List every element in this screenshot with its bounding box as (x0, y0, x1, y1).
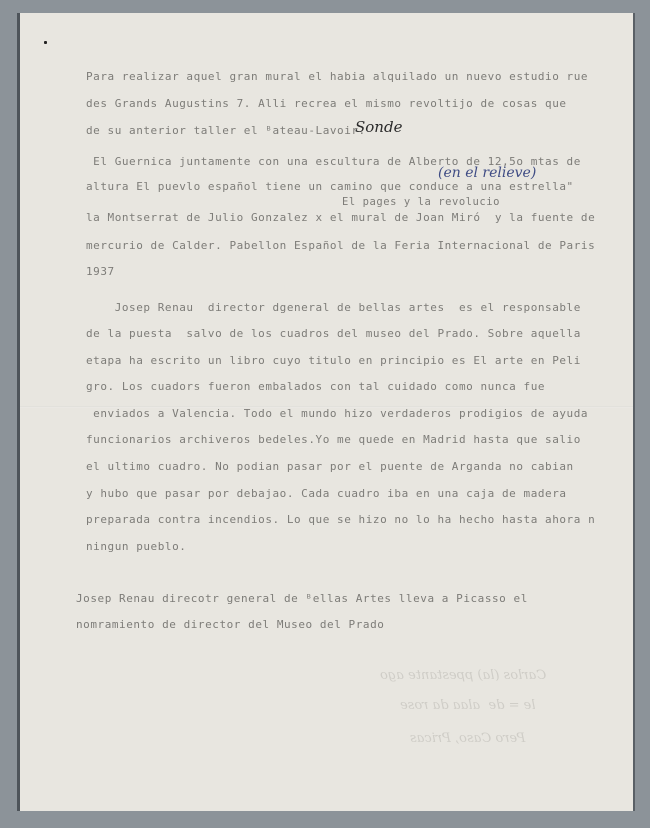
bleed-through-writing: Pero Caso, Pricas (410, 731, 525, 746)
text-line: ningun pueblo. (86, 540, 186, 553)
text-line: nomramiento de director del Museo del Pr… (76, 618, 384, 631)
text-line: el ultimo cuadro. No podian pasar por el… (86, 460, 574, 473)
bleed-through-writing: le = de alaa da rose (400, 698, 535, 713)
text-line: Para realizar aquel gran mural el habia … (86, 70, 588, 83)
text-line: la Montserrat de Julio Gonzalez x el mur… (86, 211, 595, 224)
text-line: de la puesta salvo de los cuadros del mu… (86, 327, 581, 340)
text-line: de su anterior taller el ᴮateau-Lavoir. (86, 124, 366, 137)
handwritten-annotation: Sonde (355, 118, 402, 136)
handwritten-annotation: (en el relieve) (438, 165, 536, 181)
bleed-through-writing: Carlos (la) ppestante ago (380, 668, 546, 683)
text-line: enviados a Valencia. Todo el mundo hizo … (86, 407, 588, 420)
text-line: altura El puevlo español tiene un camino… (86, 180, 574, 193)
text-line: etapa ha escrito un libro cuyo titulo en… (86, 354, 581, 367)
typewritten-page: Para realizar aquel gran mural el habia … (20, 13, 633, 811)
ink-dot (44, 41, 47, 44)
text-line: Josep Renau director dgeneral de bellas … (86, 301, 581, 314)
text-line: Josep Renau direcotr general de ᴮellas A… (76, 592, 528, 605)
text-line: gro. Los cuadors fueron embalados con ta… (86, 380, 545, 393)
typed-insertion: El pages y la revolucio (342, 196, 500, 208)
text-line: funcionarios archiveros bedeles.Yo me qu… (86, 433, 581, 446)
text-line: y hubo que pasar por debajao. Cada cuadr… (86, 487, 567, 500)
text-line: 1937 (86, 265, 115, 278)
text-line: mercurio de Calder. Pabellon Español de … (86, 239, 595, 252)
text-line: preparada contra incendios. Lo que se hi… (86, 513, 595, 526)
text-line: des Grands Augustins 7. Alli recrea el m… (86, 97, 567, 110)
